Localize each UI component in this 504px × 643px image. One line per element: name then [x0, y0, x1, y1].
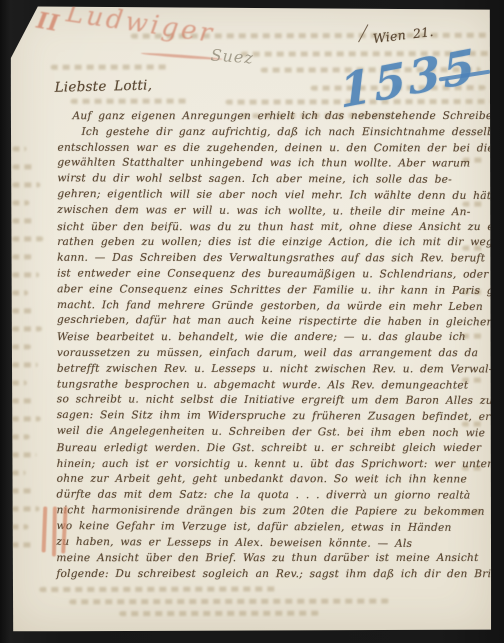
bleed-through-mark [12, 398, 34, 403]
bleed-through-mark [11, 506, 39, 511]
bleed-through-mark [12, 344, 31, 349]
bleed-through-mark [12, 254, 32, 259]
letter-line: geschrieben, dafür hat man auch keine ri… [57, 313, 493, 331]
bleed-through-mark [12, 218, 36, 223]
bleed-through-mark [12, 164, 33, 169]
bleed-through-mark [69, 599, 389, 605]
bleed-through-mark [12, 146, 26, 151]
scan-background: II Ludwiger Suez Wien 21. 1535 Liebste L… [0, 0, 504, 643]
letter-line: rathen geben zu wollen; dies ist die ein… [57, 235, 493, 251]
pencil-note: Suez [210, 45, 254, 67]
letter-line: Auf ganz eigenen Anregungen erhielt ich … [58, 109, 493, 125]
bleed-through-mark [51, 64, 171, 69]
bleed-through-mark [12, 488, 33, 493]
letter-line: kann. — Das Schreiben des Verwaltungsrat… [57, 251, 493, 267]
bleed-through-mark [12, 362, 38, 367]
letter-line: hinein; auch ist er vorsichtig u. kennt … [57, 456, 493, 472]
bleed-through-mark [12, 326, 42, 331]
letter-page: II Ludwiger Suez Wien 21. 1535 Liebste L… [9, 6, 493, 632]
bleed-through-mark [12, 200, 29, 205]
letter-body: Auf ganz eigenen Anregungen erhielt ich … [56, 108, 493, 583]
letter-line: ist entweder eine Consequenz des bureaum… [57, 266, 493, 283]
letter-line: zu haben, was er Lesseps in Alex. beweis… [56, 534, 492, 552]
bleed-through-mark [12, 308, 35, 313]
salutation: Liebste Lotti, [54, 77, 152, 95]
letter-line: gewählten Statthalter unhingebend was ic… [57, 156, 492, 173]
bleed-through-mark [39, 586, 279, 592]
letter-line: betrefft zwischen Rev. u. Lesseps u. nic… [57, 361, 493, 377]
bleed-through-mark [11, 524, 28, 529]
letter-line: zwischen dem was er will u. was ich woll… [57, 203, 493, 221]
bleed-through-mark [12, 236, 43, 241]
letter-line: ohne zur Arbeit geht, geht unbedankt dav… [57, 472, 493, 488]
letter-line: dürfte das mit dem Satz: che la quota . … [57, 488, 493, 505]
letter-line: wirst du dir wohl selbst sagen. Ich aber… [57, 171, 492, 188]
bleed-through-mark [12, 416, 41, 421]
letter-line: aber eine Consequenz eines Schrittes der… [57, 282, 493, 299]
letter-line: tungsrathe besprochen u. abgemacht wurde… [57, 377, 493, 394]
bleed-through-mark [12, 272, 39, 277]
letter-line: Ich gestehe dir ganz aufrichtig, daß ich… [57, 125, 492, 141]
letter-line: voraussetzen zu müssen, einfach darum, w… [57, 346, 493, 362]
letter-line: folgende: Du schreibest sogleich an Rev.… [56, 567, 492, 583]
letter-line: Weise bearbeitet u. behandelt, wie die a… [57, 330, 493, 346]
place-date: Wien 21. [372, 24, 434, 46]
bleed-through-mark [12, 470, 26, 475]
letter-line: meine Ansicht über den Brief. Was zu thu… [56, 551, 492, 567]
letter-line: sicht über den beifü. was du zu thun has… [57, 220, 493, 236]
bleed-through-mark [12, 290, 28, 295]
letter-line: weil die Angelegenheiten u. Schreiben de… [57, 424, 493, 442]
letter-line: Bureau erledigt werden. Die Gst. schreib… [57, 441, 493, 457]
bleed-through-mark [11, 542, 35, 547]
bleed-through-mark [71, 99, 191, 104]
bleed-through-mark [12, 452, 37, 457]
pen-flourish [358, 24, 368, 42]
red-crayon-numeral-top: II [35, 8, 62, 38]
letter-line: wo keine Gefahr im Verzuge ist, dafür ab… [56, 519, 492, 537]
bleed-through-mark [12, 380, 27, 385]
bleed-through-mark [12, 434, 30, 439]
bleed-through-mark [119, 611, 319, 617]
letter-line: nicht harmonisirende drängen bis zum 20t… [56, 503, 492, 520]
red-crayon-numeral-margin [40, 506, 76, 558]
letter-line: entschlossen war es die zugehenden, dein… [57, 140, 492, 156]
bleed-through-mark [12, 182, 40, 187]
red-crayon-inscription: Ludwiger [64, 6, 216, 49]
